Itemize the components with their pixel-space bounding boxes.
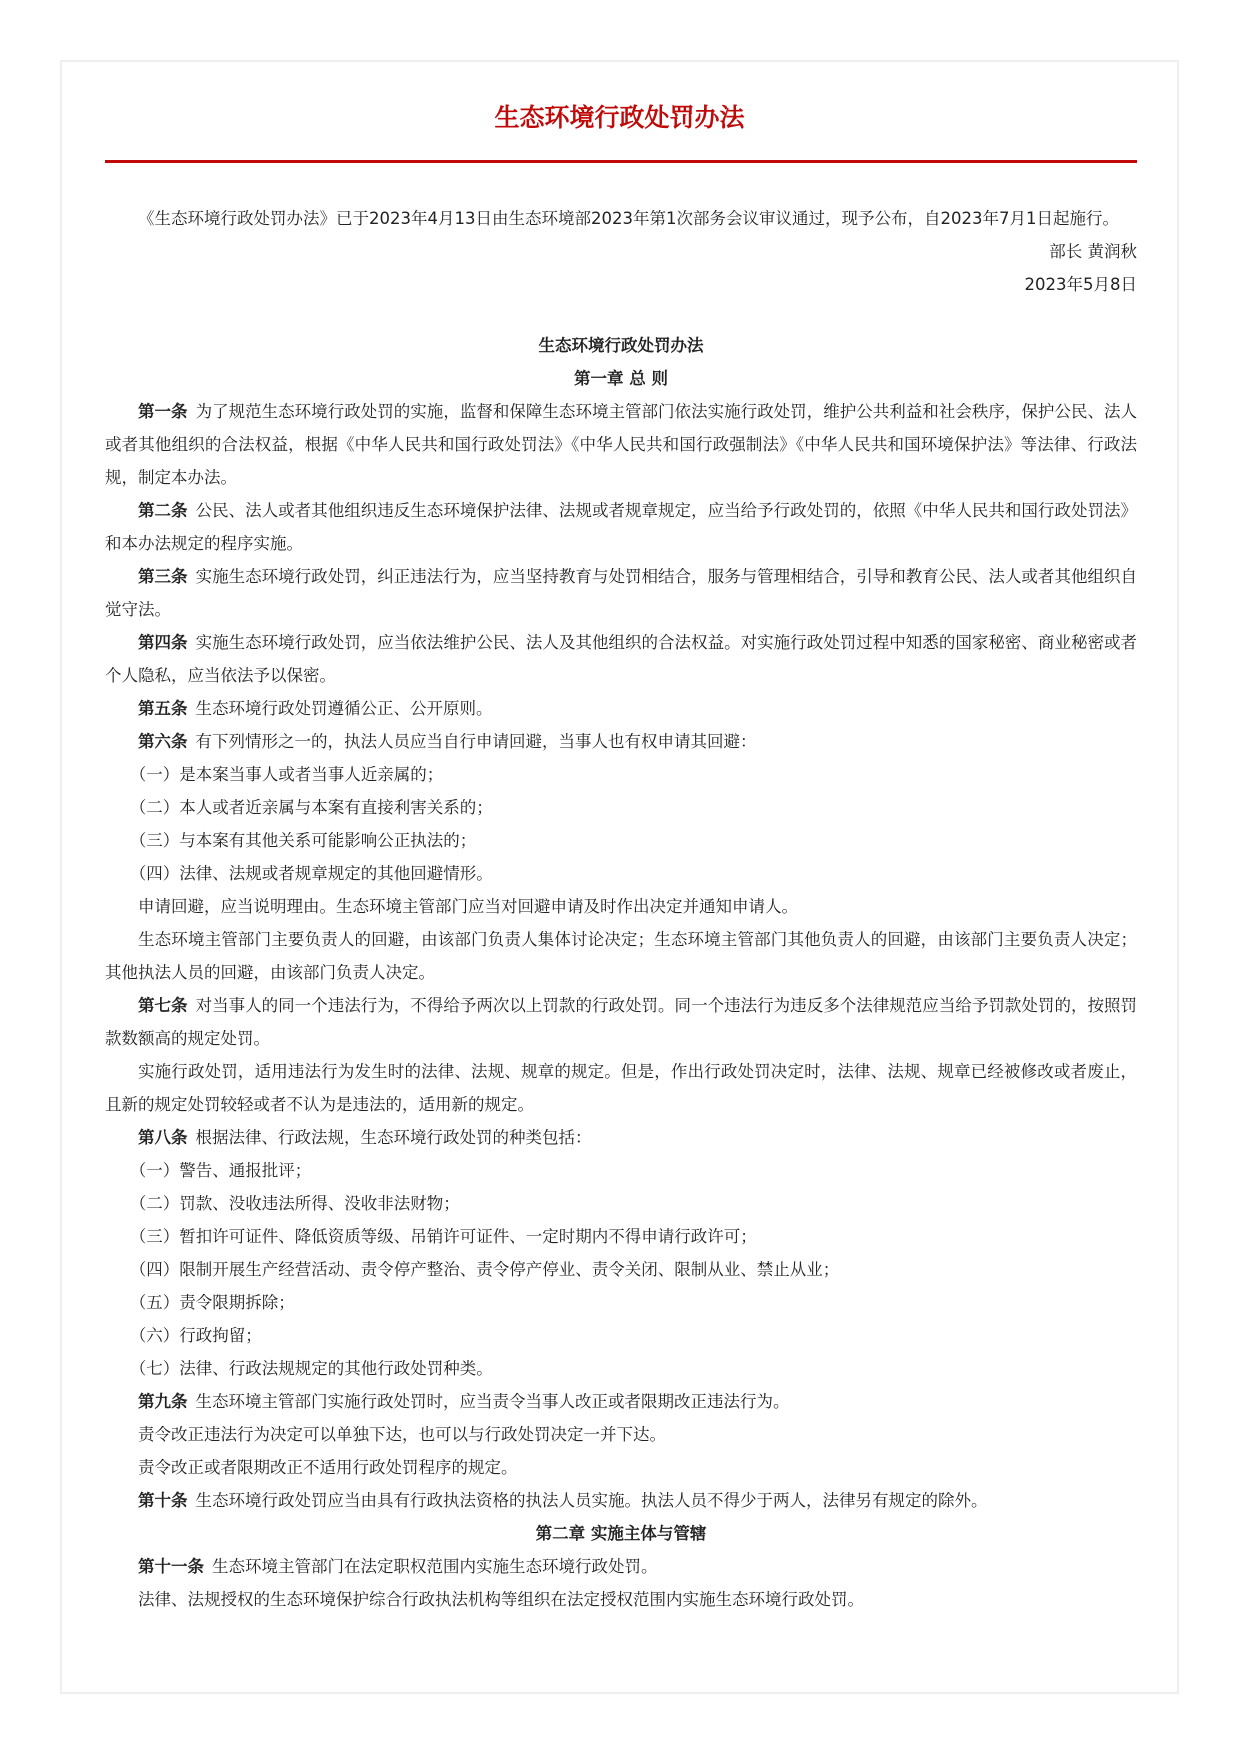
article-7-para-2: 实施行政处罚，适用违法行为发生时的法律、法规、规章的规定。但是，作出行政处罚决定… bbox=[105, 1055, 1137, 1121]
title-divider bbox=[105, 160, 1137, 163]
list-item: （二）罚款、没收违法所得、没收非法财物； bbox=[105, 1187, 1137, 1220]
signature: 部长 黄润秋 bbox=[105, 235, 1137, 268]
article-label: 第二条 bbox=[138, 501, 188, 520]
article-label: 第十一条 bbox=[138, 1557, 204, 1576]
chapter-heading-1: 第一章 总 则 bbox=[105, 362, 1137, 395]
preamble: 《生态环境行政处罚办法》已于2023年4月13日由生态环境部2023年第1次部务… bbox=[105, 202, 1137, 235]
article-2: 第二条公民、法人或者其他组织违反生态环境保护法律、法规或者规章规定，应当给予行政… bbox=[105, 494, 1137, 560]
article-text: 根据法律、行政法规，生态环境行政处罚的种类包括： bbox=[196, 1128, 592, 1147]
list-item: （二）本人或者近亲属与本案有直接利害关系的； bbox=[105, 791, 1137, 824]
article-text: 生态环境主管部门实施行政处罚时，应当责令当事人改正或者限期改正违法行为。 bbox=[196, 1392, 790, 1411]
spacer bbox=[105, 301, 1137, 329]
article-10: 第十条生态环境行政处罚应当由具有行政执法资格的执法人员实施。执法人员不得少于两人… bbox=[105, 1484, 1137, 1517]
article-label: 第四条 bbox=[138, 633, 188, 652]
article-text: 为了规范生态环境行政处罚的实施，监督和保障生态环境主管部门依法实施行政处罚，维护… bbox=[105, 402, 1137, 487]
article-text: 有下列情形之一的，执法人员应当自行申请回避，当事人也有权申请其回避： bbox=[196, 732, 757, 751]
document-page: 生态环境行政处罚办法 《生态环境行政处罚办法》已于2023年4月13日由生态环境… bbox=[60, 60, 1179, 1694]
chapter-heading-2: 第二章 实施主体与管辖 bbox=[105, 1517, 1137, 1550]
article-11-para-2: 法律、法规授权的生态环境保护综合行政执法机构等组织在法定授权范围内实施生态环境行… bbox=[105, 1583, 1137, 1616]
article-3: 第三条实施生态环境行政处罚，纠正违法行为，应当坚持教育与处罚相结合，服务与管理相… bbox=[105, 560, 1137, 626]
article-1: 第一条为了规范生态环境行政处罚的实施，监督和保障生态环境主管部门依法实施行政处罚… bbox=[105, 395, 1137, 494]
article-text: 生态环境行政处罚应当由具有行政执法资格的执法人员实施。执法人员不得少于两人，法律… bbox=[196, 1491, 988, 1510]
article-text: 生态环境行政处罚遵循公正、公开原则。 bbox=[196, 699, 493, 718]
list-item: （五）责令限期拆除； bbox=[105, 1286, 1137, 1319]
article-label: 第三条 bbox=[138, 567, 188, 586]
article-6: 第六条有下列情形之一的，执法人员应当自行申请回避，当事人也有权申请其回避： bbox=[105, 725, 1137, 758]
article-text: 生态环境主管部门在法定职权范围内实施生态环境行政处罚。 bbox=[212, 1557, 658, 1576]
article-label: 第五条 bbox=[138, 699, 188, 718]
article-label: 第十条 bbox=[138, 1491, 188, 1510]
article-7: 第七条对当事人的同一个违法行为，不得给予两次以上罚款的行政处罚。同一个违法行为违… bbox=[105, 989, 1137, 1055]
doc-heading: 生态环境行政处罚办法 bbox=[105, 329, 1137, 362]
article-text: 对当事人的同一个违法行为，不得给予两次以上罚款的行政处罚。同一个违法行为违反多个… bbox=[105, 996, 1137, 1048]
document-body: 《生态环境行政处罚办法》已于2023年4月13日由生态环境部2023年第1次部务… bbox=[105, 202, 1137, 1616]
article-label: 第八条 bbox=[138, 1128, 188, 1147]
article-9-para-3: 责令改正或者限期改正不适用行政处罚程序的规定。 bbox=[105, 1451, 1137, 1484]
article-label: 第九条 bbox=[138, 1392, 188, 1411]
list-item: （一）警告、通报批评； bbox=[105, 1154, 1137, 1187]
article-text: 实施生态环境行政处罚，应当依法维护公民、法人及其他组织的合法权益。对实施行政处罚… bbox=[105, 633, 1137, 685]
list-item: （三）暂扣许可证件、降低资质等级、吊销许可证件、一定时期内不得申请行政许可； bbox=[105, 1220, 1137, 1253]
article-label: 第一条 bbox=[138, 402, 188, 421]
article-9-para-2: 责令改正违法行为决定可以单独下达，也可以与行政处罚决定一并下达。 bbox=[105, 1418, 1137, 1451]
article-11: 第十一条生态环境主管部门在法定职权范围内实施生态环境行政处罚。 bbox=[105, 1550, 1137, 1583]
list-item: （七）法律、行政法规规定的其他行政处罚种类。 bbox=[105, 1352, 1137, 1385]
list-item: （三）与本案有其他关系可能影响公正执法的； bbox=[105, 824, 1137, 857]
list-item: （一）是本案当事人或者当事人近亲属的； bbox=[105, 758, 1137, 791]
article-text: 公民、法人或者其他组织违反生态环境保护法律、法规或者规章规定，应当给予行政处罚的… bbox=[105, 501, 1137, 553]
issue-date: 2023年5月8日 bbox=[105, 268, 1137, 301]
list-item: （六）行政拘留； bbox=[105, 1319, 1137, 1352]
list-item: （四）限制开展生产经营活动、责令停产整治、责令停产停业、责令关闭、限制从业、禁止… bbox=[105, 1253, 1137, 1286]
article-label: 第六条 bbox=[138, 732, 188, 751]
article-9: 第九条生态环境主管部门实施行政处罚时，应当责令当事人改正或者限期改正违法行为。 bbox=[105, 1385, 1137, 1418]
article-6-para-2: 申请回避，应当说明理由。生态环境主管部门应当对回避申请及时作出决定并通知申请人。 bbox=[105, 890, 1137, 923]
article-5: 第五条生态环境行政处罚遵循公正、公开原则。 bbox=[105, 692, 1137, 725]
article-6-para-3: 生态环境主管部门主要负责人的回避，由该部门负责人集体讨论决定；生态环境主管部门其… bbox=[105, 923, 1137, 989]
article-label: 第七条 bbox=[138, 996, 188, 1015]
document-title: 生态环境行政处罚办法 bbox=[62, 100, 1177, 136]
list-item: （四）法律、法规或者规章规定的其他回避情形。 bbox=[105, 857, 1137, 890]
article-4: 第四条实施生态环境行政处罚，应当依法维护公民、法人及其他组织的合法权益。对实施行… bbox=[105, 626, 1137, 692]
article-text: 实施生态环境行政处罚，纠正违法行为，应当坚持教育与处罚相结合，服务与管理相结合，… bbox=[105, 567, 1137, 619]
article-8: 第八条根据法律、行政法规，生态环境行政处罚的种类包括： bbox=[105, 1121, 1137, 1154]
